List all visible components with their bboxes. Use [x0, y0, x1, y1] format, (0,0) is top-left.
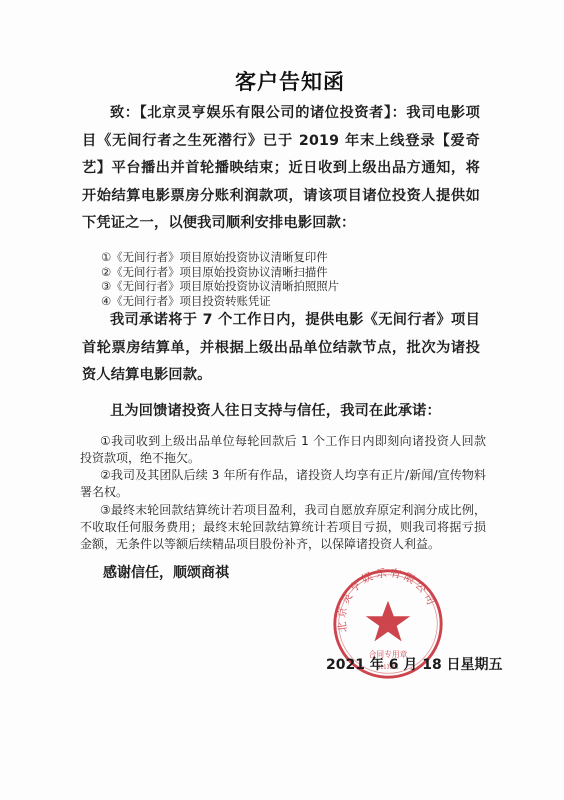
letter-page: 客户告知函 致：【北京灵亨娱乐有限公司的诸位投资者】：我司电影项目《无间行者之生…	[0, 0, 564, 800]
list-item: ②《无间行者》项目原始投资协议清晰扫描件	[101, 265, 339, 280]
letter-date: 2021 年 6 月 18 日星期五	[326, 654, 503, 674]
list-item: ①《无间行者》项目原始投资协议清晰复印件	[101, 250, 339, 265]
promise-paragraph: 我司承诺将于 7 个工作日内，提供电影《无间行者》项目首轮票房结算单，并根据上级…	[82, 307, 480, 390]
list-item: ④《无间行者》项目投资转账凭证	[101, 294, 339, 309]
voucher-list: ①《无间行者》项目原始投资协议清晰复印件 ②《无间行者》项目原始投资协议清晰扫描…	[101, 250, 339, 308]
page-title: 客户告知函	[0, 66, 564, 96]
intro-paragraph: 致：【北京灵亨娱乐有限公司的诸位投资者】：我司电影项目《无间行者之生死潜行》已于…	[82, 100, 480, 238]
commitment-item: ②我司及其团队后续 3 年所有作品，诸投资人均享有正片/新闻/宣传物料署名权。	[80, 467, 486, 501]
commitment-intro: 且为回馈诸投资人往日支持与信任，我司在此承诺：	[82, 398, 480, 426]
commitment-item: ①我司收到上级出品单位每轮回款后 1 个工作日内即刻向诸投资人回款投资款项，绝不…	[80, 433, 486, 467]
commitment-item: ③最终末轮回款结算统计若项目盈利，我司自愿放弃原定利润分成比例，不收取任何服务费…	[80, 502, 486, 553]
list-item: ③《无间行者》项目原始投资协议清晰拍照照片	[101, 279, 339, 294]
closing-text: 感谢信任，顺颂商祺	[103, 562, 229, 582]
